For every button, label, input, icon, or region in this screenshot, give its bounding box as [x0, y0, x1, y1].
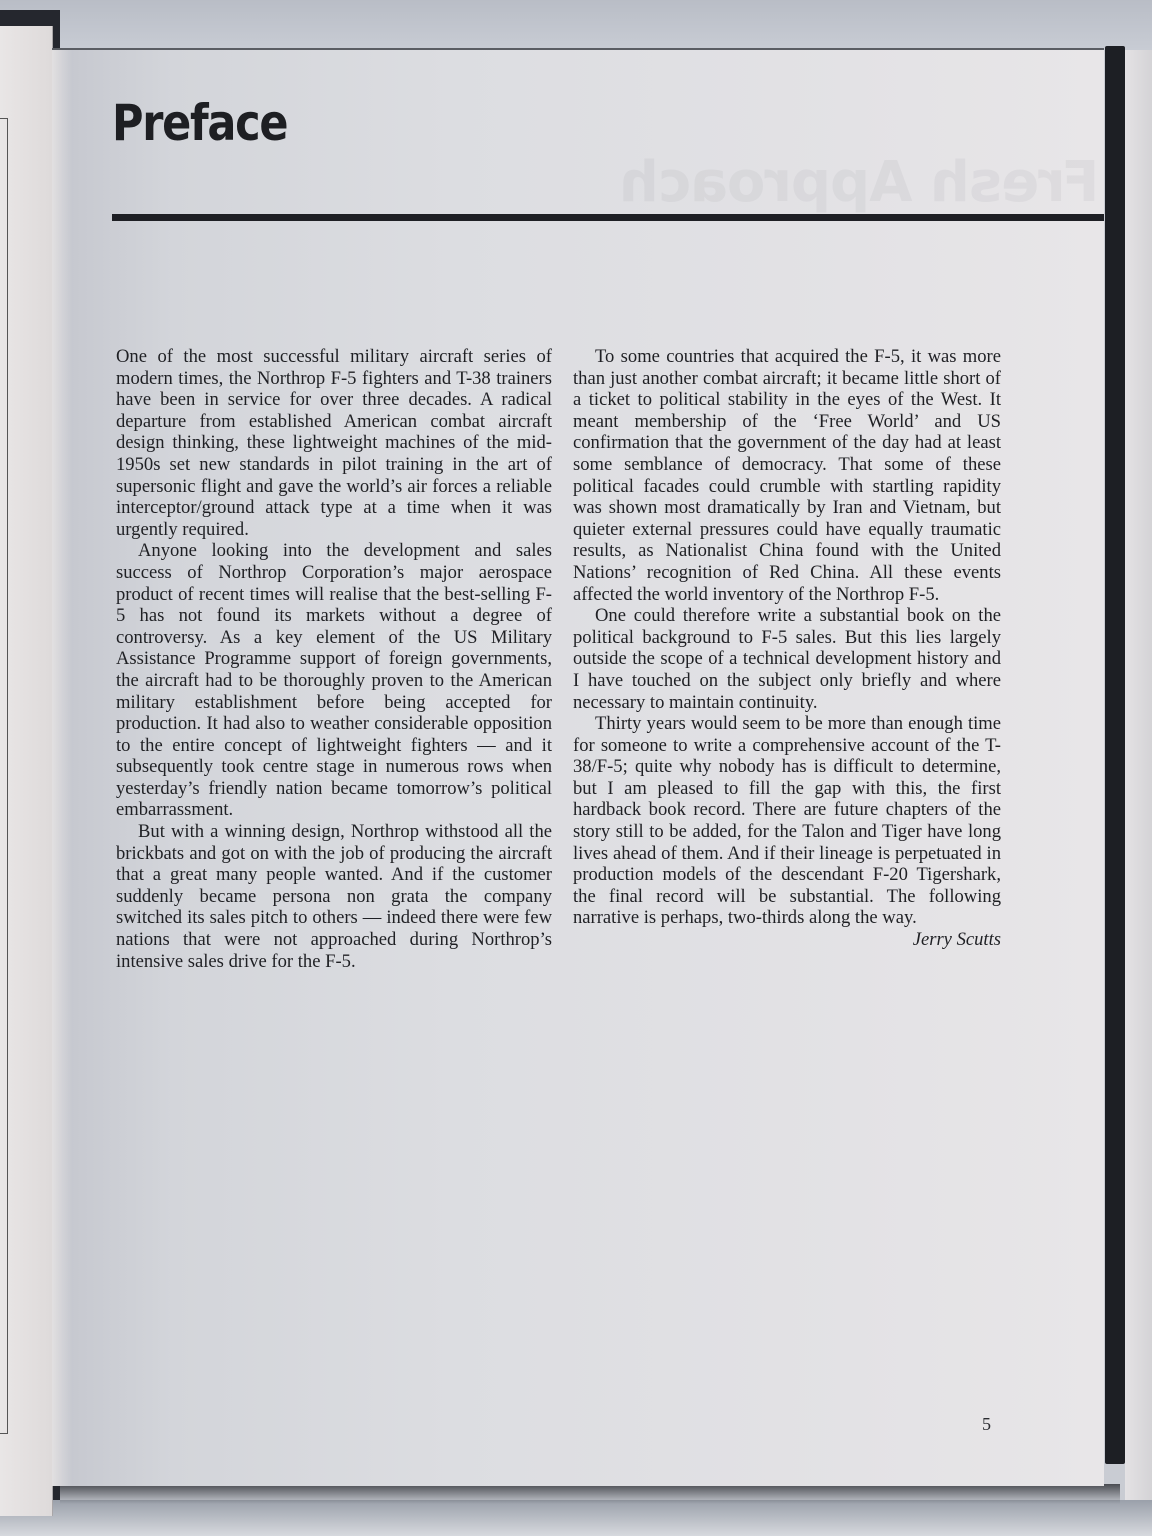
- book-cover-right: [1105, 46, 1125, 1464]
- previous-page-edge: [0, 26, 53, 1516]
- title-rule: [112, 214, 1104, 221]
- paragraph: Anyone looking into the development and …: [116, 540, 552, 821]
- author-signature: Jerry Scutts: [573, 929, 1001, 951]
- previous-page-frame-line: [0, 118, 8, 1434]
- page-shadow: [60, 1484, 1120, 1504]
- text-column-left: One of the most successful military airc…: [116, 346, 552, 972]
- paragraph: But with a winning design, Northrop with…: [116, 821, 552, 972]
- page-title: Preface: [112, 98, 287, 148]
- text-column-right: To some countries that acquired the F-5,…: [573, 346, 1001, 951]
- book-cover-right-edge: [1125, 50, 1152, 1500]
- paragraph: One could therefore write a substantial …: [573, 605, 1001, 713]
- background-surface-top: [0, 0, 1152, 50]
- page-number: 5: [982, 1414, 991, 1435]
- paragraph: To some countries that acquired the F-5,…: [573, 346, 1001, 605]
- book-page: A Fresh Approach Preface One of the most…: [52, 48, 1104, 1486]
- background-surface-bottom: [0, 1500, 1152, 1536]
- paragraph: One of the most successful military airc…: [116, 346, 552, 540]
- paragraph: Thirty years would seem to be more than …: [573, 713, 1001, 929]
- show-through-title: A Fresh Approach: [620, 150, 1104, 215]
- gutter-shade: [52, 50, 72, 1486]
